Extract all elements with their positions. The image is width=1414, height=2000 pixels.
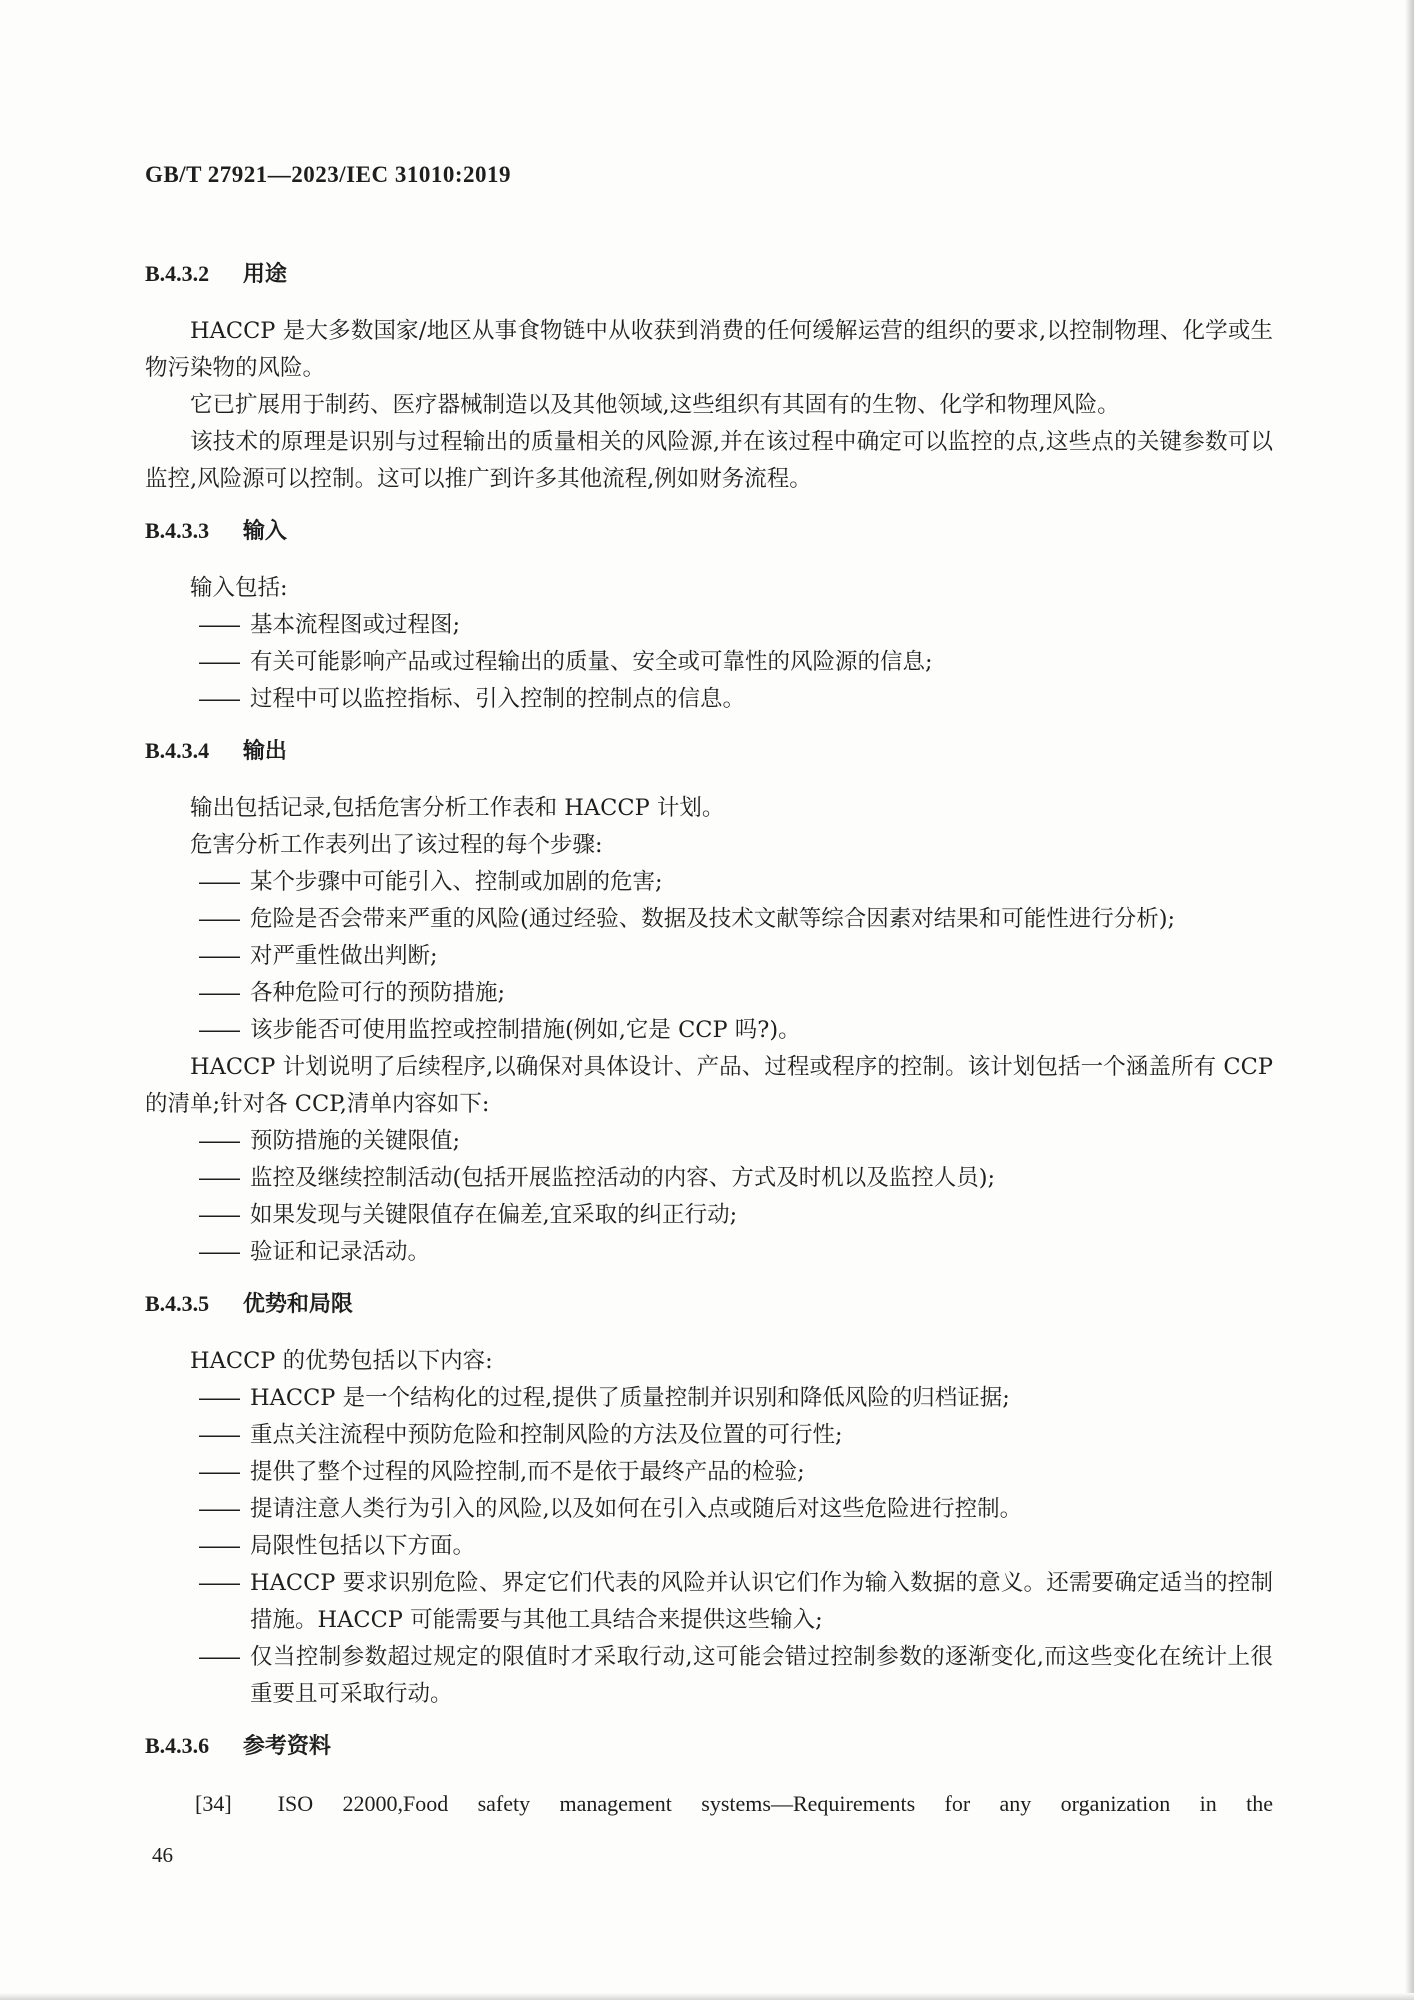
dash-marker: ——	[145, 1528, 250, 1565]
dash-marker: ——	[145, 901, 250, 938]
section-title: 用途	[243, 262, 287, 287]
dash-marker: ——	[145, 975, 250, 1012]
list-item: —— 如果发现与关键限值存在偏差,宜采取的纠正行动;	[145, 1197, 1273, 1234]
reference-number: [34]	[195, 1785, 232, 1822]
list-item-text: 重点关注流程中预防危险和控制风险的方法及位置的可行性;	[250, 1417, 1273, 1454]
dash-marker: ——	[145, 1417, 250, 1454]
dash-marker: ——	[145, 1197, 250, 1234]
list-item: —— 监控及继续控制活动(包括开展监控活动的内容、方式及时机以及监控人员);	[145, 1160, 1273, 1197]
list-item-text: 验证和记录活动。	[250, 1234, 1273, 1271]
dash-marker: ——	[145, 1123, 250, 1160]
list-item-text: 仅当控制参数超过规定的限值时才采取行动,这可能会错过控制参数的逐渐变化,而这些变…	[250, 1639, 1273, 1713]
paragraph: 危害分析工作表列出了该过程的每个步骤:	[145, 827, 1273, 864]
list-item: —— 基本流程图或过程图;	[145, 607, 1273, 644]
page-content: B.4.3.2 用途 HACCP 是大多数国家/地区从事食物链中从收获到消费的任…	[145, 255, 1273, 1822]
list-item: —— 危险是否会带来严重的风险(通过经验、数据及技术文献等综合因素对结果和可能性…	[145, 901, 1273, 938]
section-title: 优势和局限	[243, 1292, 353, 1317]
paragraph: HACCP 是大多数国家/地区从事食物链中从收获到消费的任何缓解运营的组织的要求…	[145, 313, 1273, 387]
section-number: B.4.3.6	[145, 1733, 209, 1758]
list-item-text: 提请注意人类行为引入的风险,以及如何在引入点或随后对这些危险进行控制。	[250, 1491, 1273, 1528]
dash-marker: ——	[145, 1639, 250, 1713]
section-number: B.4.3.3	[145, 518, 209, 543]
document-page: GB/T 27921—2023/IEC 31010:2019 B.4.3.2 用…	[0, 0, 1414, 2000]
list-item: —— 提请注意人类行为引入的风险,以及如何在引入点或随后对这些危险进行控制。	[145, 1491, 1273, 1528]
dash-marker: ——	[145, 1234, 250, 1271]
list-item-text: 预防措施的关键限值;	[250, 1123, 1273, 1160]
list-item-text: 各种危险可行的预防措施;	[250, 975, 1273, 1012]
list-item: —— 过程中可以监控指标、引入控制的控制点的信息。	[145, 681, 1273, 718]
section-number: B.4.3.2	[145, 261, 209, 286]
list-item: —— 各种危险可行的预防措施;	[145, 975, 1273, 1012]
dash-marker: ——	[145, 1380, 250, 1417]
list-item: —— 重点关注流程中预防危险和控制风险的方法及位置的可行性;	[145, 1417, 1273, 1454]
dash-marker: ——	[145, 1160, 250, 1197]
dash-marker: ——	[145, 607, 250, 644]
list-item-text: 危险是否会带来严重的风险(通过经验、数据及技术文献等综合因素对结果和可能性进行分…	[250, 901, 1273, 938]
list-item-text: 如果发现与关键限值存在偏差,宜采取的纠正行动;	[250, 1197, 1273, 1234]
dash-marker: ——	[145, 681, 250, 718]
list-item-text: 监控及继续控制活动(包括开展监控活动的内容、方式及时机以及监控人员);	[250, 1160, 1273, 1197]
paragraph: 输出包括记录,包括危害分析工作表和 HACCP 计划。	[145, 790, 1273, 827]
section-title: 输入	[243, 519, 287, 544]
list-item: —— 该步能否可使用监控或控制措施(例如,它是 CCP 吗?)。	[145, 1012, 1273, 1049]
dash-marker: ——	[145, 1565, 250, 1639]
list-item: —— 对严重性做出判断;	[145, 938, 1273, 975]
reference-text: ISO 22000,Food safety management systems…	[278, 1785, 1273, 1822]
list-intro: HACCP 的优势包括以下内容:	[145, 1343, 1273, 1380]
list-item-text: 局限性包括以下方面。	[250, 1528, 1273, 1565]
section-heading-b433: B.4.3.3 输入	[145, 512, 1273, 550]
list-item-text: HACCP 要求识别危险、界定它们代表的风险并认识它们作为输入数据的意义。还需要…	[250, 1565, 1273, 1639]
list-item: —— 预防措施的关键限值;	[145, 1123, 1273, 1160]
dash-marker: ——	[145, 1012, 250, 1049]
section-heading-b432: B.4.3.2 用途	[145, 255, 1273, 293]
list-item: —— 仅当控制参数超过规定的限值时才采取行动,这可能会错过控制参数的逐渐变化,而…	[145, 1639, 1273, 1713]
section-title: 参考资料	[243, 1734, 331, 1759]
list-item: —— 有关可能影响产品或过程输出的质量、安全或可靠性的风险源的信息;	[145, 644, 1273, 681]
dash-marker: ——	[145, 644, 250, 681]
list-item: —— 某个步骤中可能引入、控制或加剧的危害;	[145, 864, 1273, 901]
list-item: —— 局限性包括以下方面。	[145, 1528, 1273, 1565]
dash-marker: ——	[145, 938, 250, 975]
section-number: B.4.3.5	[145, 1291, 209, 1316]
paragraph: 它已扩展用于制药、医疗器械制造以及其他领域,这些组织有其固有的生物、化学和物理风…	[145, 387, 1273, 424]
list-item-text: 该步能否可使用监控或控制措施(例如,它是 CCP 吗?)。	[250, 1012, 1273, 1049]
scan-edge-bottom	[0, 1993, 1414, 2000]
dash-marker: ——	[145, 1491, 250, 1528]
section-title: 输出	[243, 739, 287, 764]
list-item-text: HACCP 是一个结构化的过程,提供了质量控制并识别和降低风险的归档证据;	[250, 1380, 1273, 1417]
list-item-text: 对严重性做出判断;	[250, 938, 1273, 975]
list-intro: 输入包括:	[145, 570, 1273, 607]
section-number: B.4.3.4	[145, 738, 209, 763]
section-heading-b436: B.4.3.6 参考资料	[145, 1727, 1273, 1765]
reference-entry: [34] ISO 22000,Food safety management sy…	[145, 1785, 1273, 1822]
scan-edge-right	[1405, 0, 1414, 2000]
list-item-text: 基本流程图或过程图;	[250, 607, 1273, 644]
paragraph: 该技术的原理是识别与过程输出的质量相关的风险源,并在该过程中确定可以监控的点,这…	[145, 424, 1273, 498]
paragraph: HACCP 计划说明了后续程序,以确保对具体设计、产品、过程或程序的控制。该计划…	[145, 1049, 1273, 1123]
list-item-text: 过程中可以监控指标、引入控制的控制点的信息。	[250, 681, 1273, 718]
running-header: GB/T 27921—2023/IEC 31010:2019	[145, 162, 511, 188]
section-heading-b435: B.4.3.5 优势和局限	[145, 1285, 1273, 1323]
list-item: —— HACCP 要求识别危险、界定它们代表的风险并认识它们作为输入数据的意义。…	[145, 1565, 1273, 1639]
list-item: —— 提供了整个过程的风险控制,而不是依于最终产品的检验;	[145, 1454, 1273, 1491]
dash-marker: ——	[145, 1454, 250, 1491]
section-heading-b434: B.4.3.4 输出	[145, 732, 1273, 770]
list-item-text: 提供了整个过程的风险控制,而不是依于最终产品的检验;	[250, 1454, 1273, 1491]
page-number: 46	[152, 1843, 173, 1868]
dash-marker: ——	[145, 864, 250, 901]
list-item-text: 有关可能影响产品或过程输出的质量、安全或可靠性的风险源的信息;	[250, 644, 1273, 681]
list-item: —— HACCP 是一个结构化的过程,提供了质量控制并识别和降低风险的归档证据;	[145, 1380, 1273, 1417]
list-item: —— 验证和记录活动。	[145, 1234, 1273, 1271]
list-item-text: 某个步骤中可能引入、控制或加剧的危害;	[250, 864, 1273, 901]
